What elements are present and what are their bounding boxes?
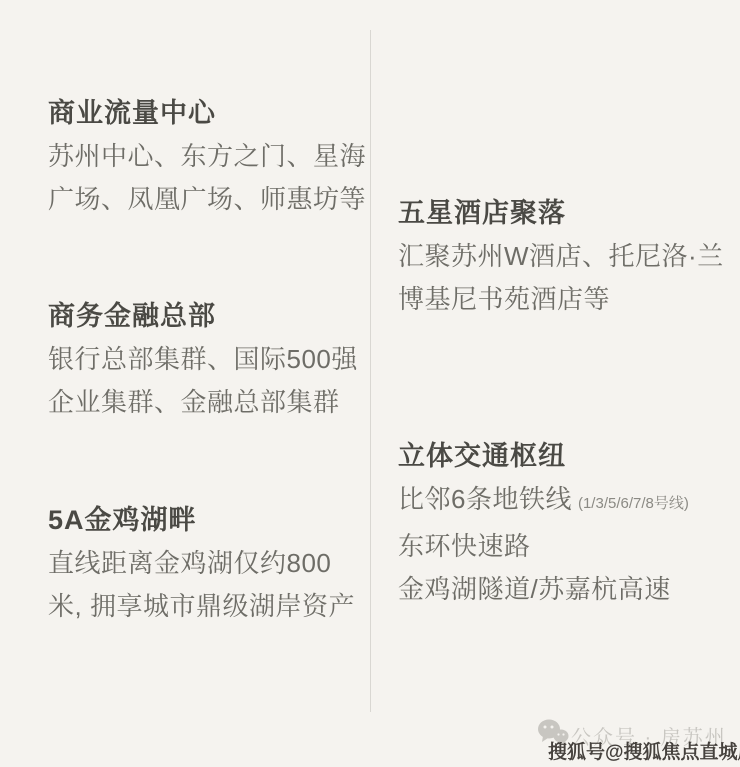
section-body-line: 比邻6条地铁线(1/3/5/6/7/8号线) bbox=[398, 478, 734, 525]
section-commercial-hub: 商业流量中心 苏州中心、东方之门、星海 广场、凤凰广场、师惠坊等 bbox=[48, 92, 368, 221]
column-divider bbox=[370, 30, 371, 712]
sohu-watermark: 搜狐号@搜狐焦点直城店 bbox=[548, 737, 740, 764]
section-jinji-lake: 5A金鸡湖畔 直线距离金鸡湖仅约800 米, 拥享城市鼎级湖岸资产 bbox=[48, 499, 368, 628]
section-finance-hq: 商务金融总部 银行总部集群、国际500强 企业集群、金融总部集群 bbox=[48, 295, 368, 424]
section-body-line: 博基尼书苑酒店等 bbox=[398, 278, 734, 321]
section-heading: 立体交通枢纽 bbox=[398, 435, 734, 478]
section-body-line: 东环快速路 bbox=[398, 525, 734, 568]
section-heading: 5A金鸡湖畔 bbox=[48, 499, 368, 542]
section-hotels: 五星酒店聚落 汇聚苏州W酒店、托尼洛·兰 博基尼书苑酒店等 bbox=[398, 192, 734, 321]
promo-page: 商业流量中心 苏州中心、东方之门、星海 广场、凤凰广场、师惠坊等 商务金融总部 … bbox=[0, 0, 740, 767]
metro-line-note: (1/3/5/6/7/8号线) bbox=[578, 495, 689, 512]
section-body-line: 直线距离金鸡湖仅约800 bbox=[48, 542, 368, 585]
section-heading: 商业流量中心 bbox=[48, 92, 368, 135]
section-body-line: 米, 拥享城市鼎级湖岸资产 bbox=[48, 585, 368, 628]
section-body-line: 汇聚苏州W酒店、托尼洛·兰 bbox=[398, 235, 734, 278]
section-body-line: 企业集群、金融总部集群 bbox=[48, 381, 368, 424]
section-heading: 五星酒店聚落 bbox=[398, 192, 734, 235]
section-body-line: 金鸡湖隧道/苏嘉杭高速 bbox=[398, 568, 734, 611]
section-heading: 商务金融总部 bbox=[48, 295, 368, 338]
section-body-line: 银行总部集群、国际500强 bbox=[48, 338, 368, 381]
section-body-line: 苏州中心、东方之门、星海 bbox=[48, 135, 368, 178]
section-body-line: 广场、凤凰广场、师惠坊等 bbox=[48, 178, 368, 221]
section-transport: 立体交通枢纽 比邻6条地铁线(1/3/5/6/7/8号线) 东环快速路 金鸡湖隧… bbox=[398, 435, 734, 611]
metro-line-text: 比邻6条地铁线 bbox=[398, 484, 572, 514]
